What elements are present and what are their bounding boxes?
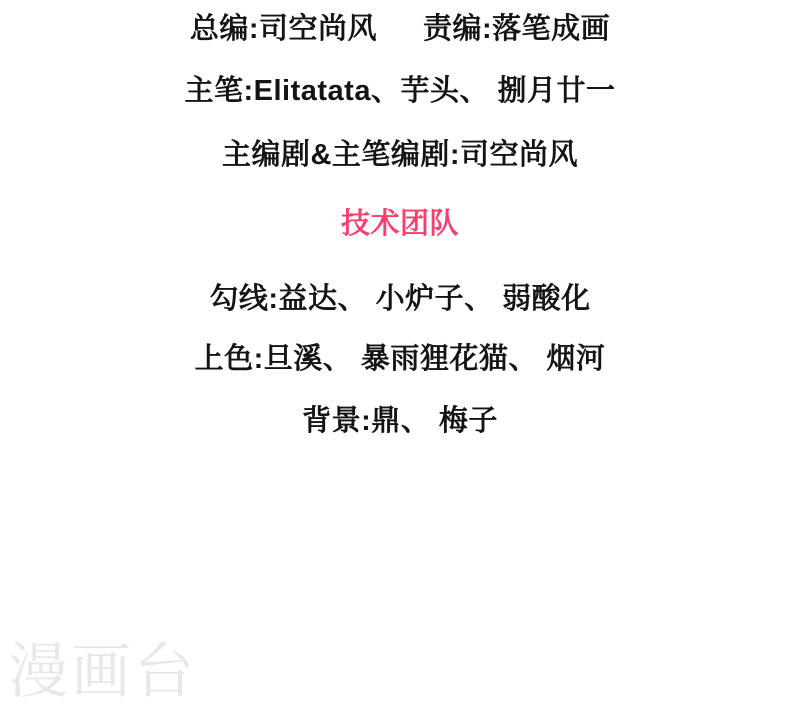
lineart-credit: 勾线:益达、 小炉子、 弱酸化 (0, 284, 800, 315)
watermark: 漫画台 (8, 641, 197, 703)
lead-artist-credit: 主笔:Elitatata、芋头、 捌月廿一 (0, 76, 800, 107)
editors-line: 总编:司空尚风 责编:落笔成画 (0, 14, 800, 45)
background-art-credit: 背景:鼎、 梅子 (0, 406, 800, 437)
tech-team-heading: 技术团队 (0, 209, 800, 240)
coloring-credit: 上色:旦溪、 暴雨狸花猫、 烟河 (0, 344, 800, 375)
screenwriter-credit: 主编剧&主笔编剧:司空尚风 (0, 140, 800, 171)
chief-editor-credit: 总编:司空尚风 (190, 14, 377, 45)
responsible-editor-credit: 责编:落笔成画 (423, 14, 610, 45)
